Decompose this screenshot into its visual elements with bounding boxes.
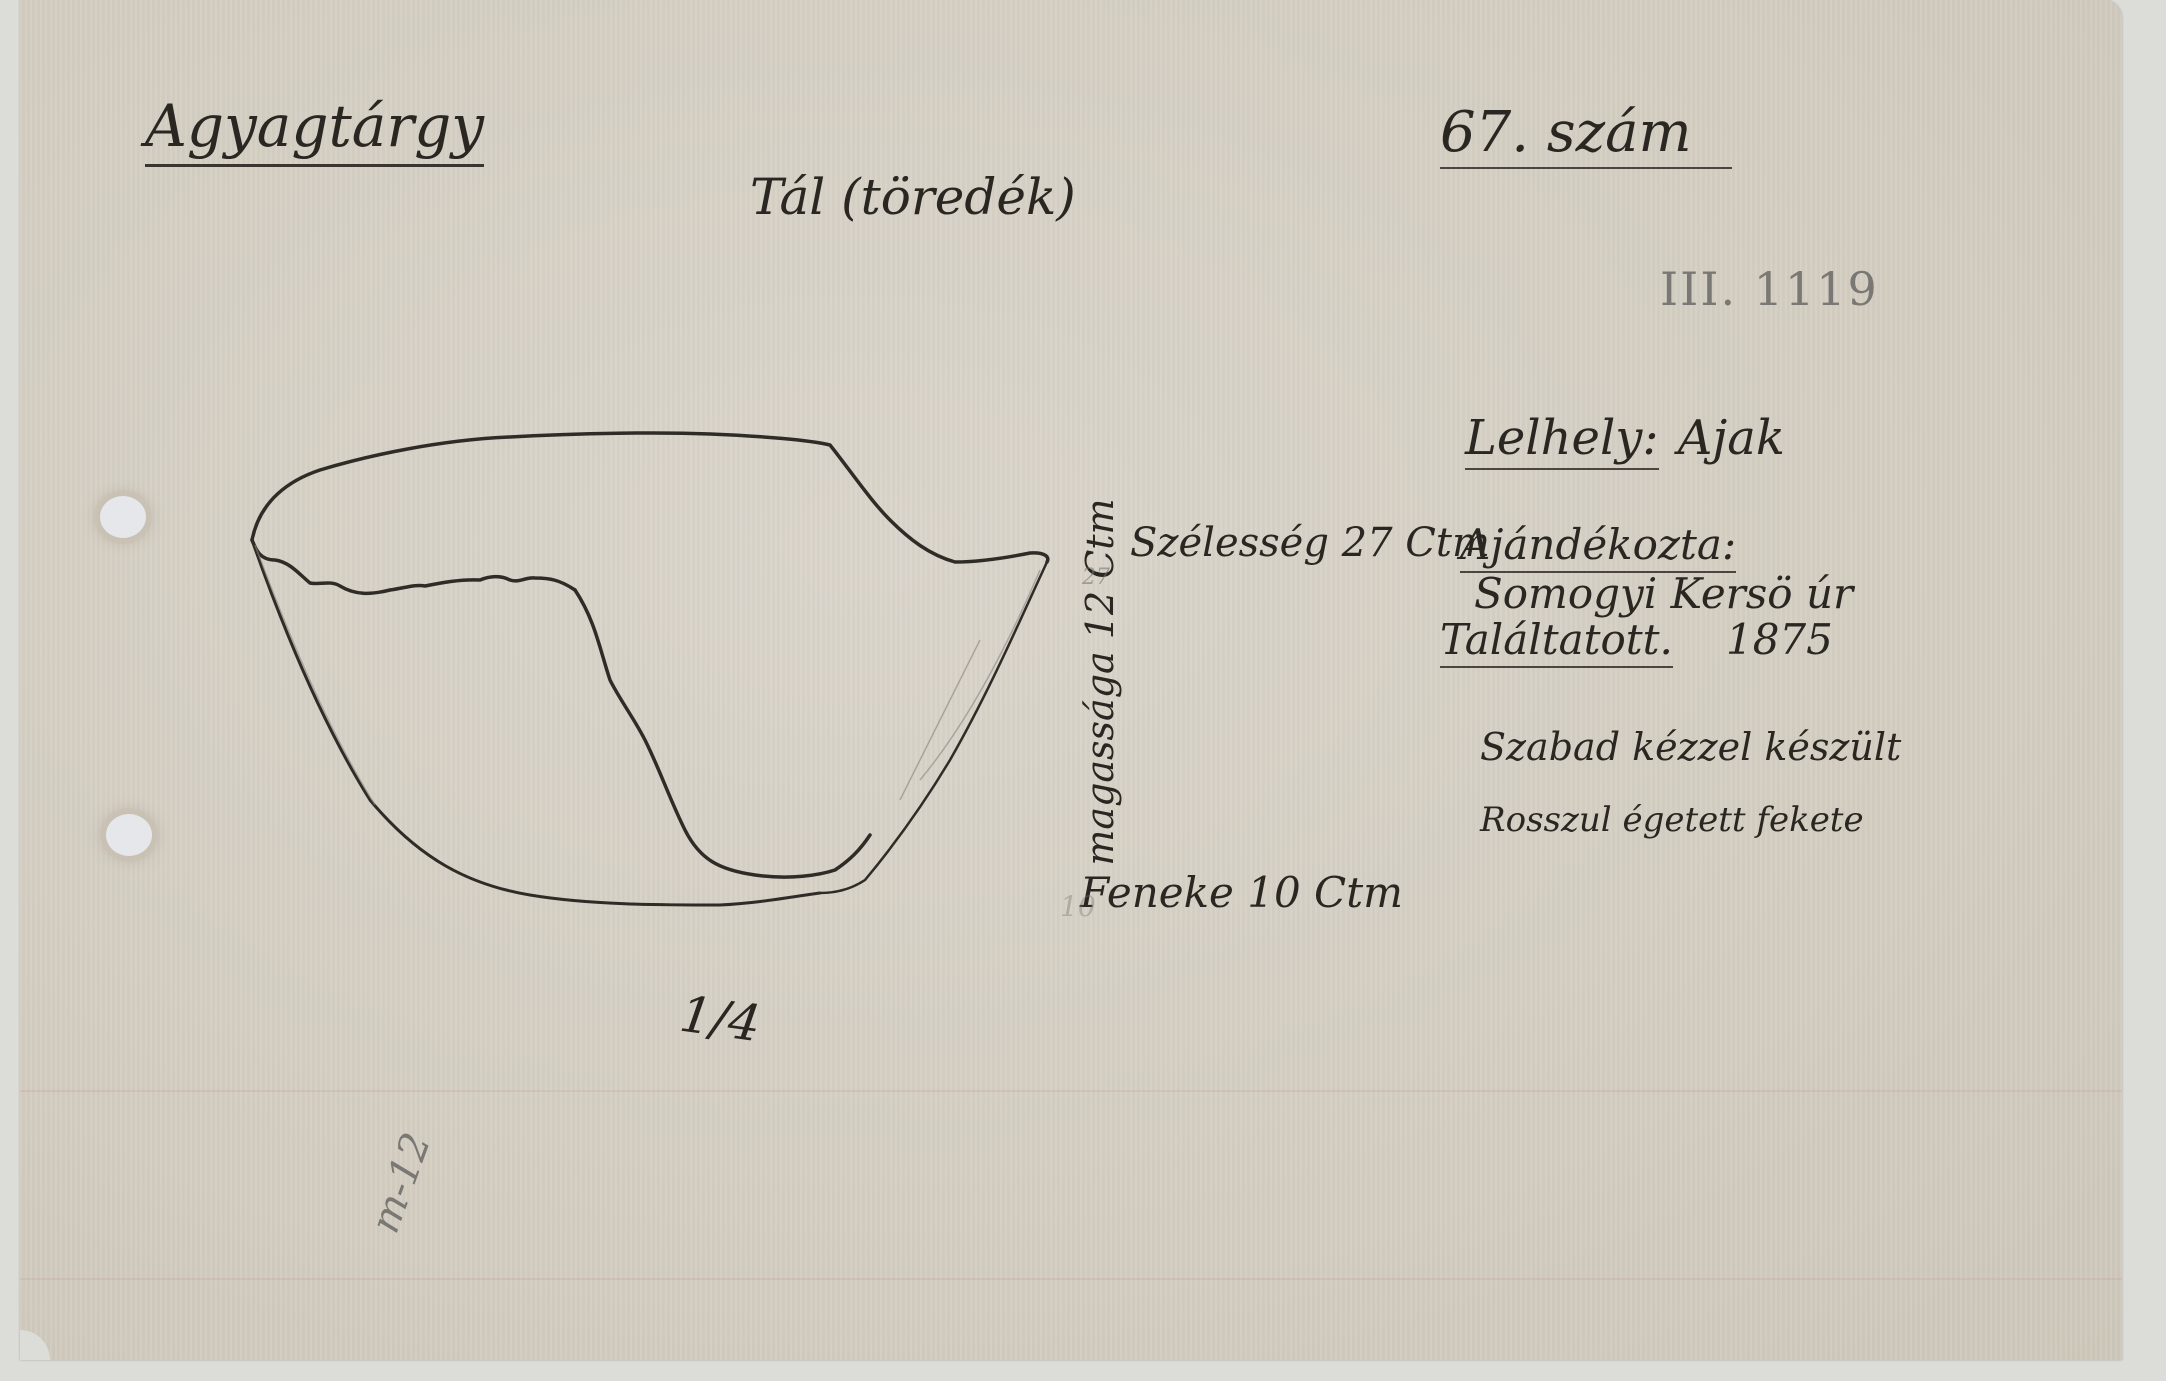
catalog-card: Agyagtárgy Tál (töredék) 67. szám III. 1… [20, 0, 2122, 1360]
bowl-fragment-sketch-icon [20, 0, 2122, 1360]
